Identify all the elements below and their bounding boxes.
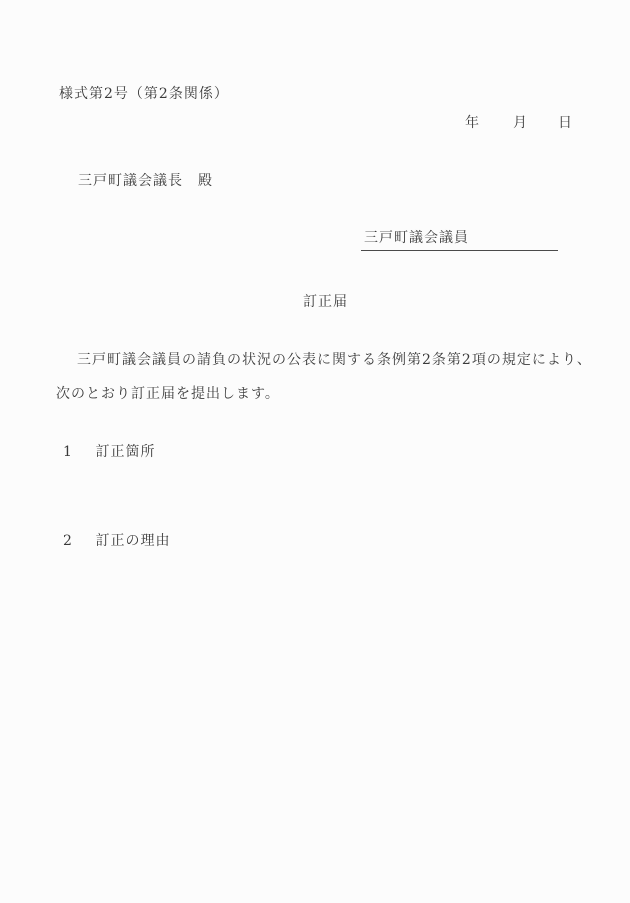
item-2-number: 2 — [63, 534, 90, 548]
item-correction-reason: 2 訂正の理由 — [63, 534, 170, 548]
body-paragraph-line-1: 三戸町議会議員の請負の状況の公表に関する条例第2条第2項の規定により、 — [77, 353, 592, 367]
date-month-label: 月 — [513, 116, 528, 130]
signer-label: 三戸町議会議員 — [361, 230, 469, 246]
date-year-label: 年 — [465, 116, 480, 130]
body-paragraph-line-2: 次のとおり訂正届を提出します。 — [56, 387, 280, 401]
signature-line: 三戸町議会議員 — [361, 231, 558, 251]
document-title: 訂正届 — [303, 295, 348, 309]
addressee-line: 三戸町議会議長 殿 — [78, 174, 213, 188]
item-1-number: 1 — [63, 445, 90, 459]
date-day-label: 日 — [558, 116, 573, 130]
item-1-label: 訂正箇所 — [95, 444, 155, 460]
item-2-label: 訂正の理由 — [95, 533, 170, 549]
document-page: 様式第2号（第2条関係） 年 月 日 三戸町議会議長 殿 三戸町議会議員 訂正届… — [0, 0, 630, 903]
form-number: 様式第2号（第2条関係） — [59, 87, 229, 101]
item-correction-location: 1 訂正箇所 — [63, 445, 155, 459]
